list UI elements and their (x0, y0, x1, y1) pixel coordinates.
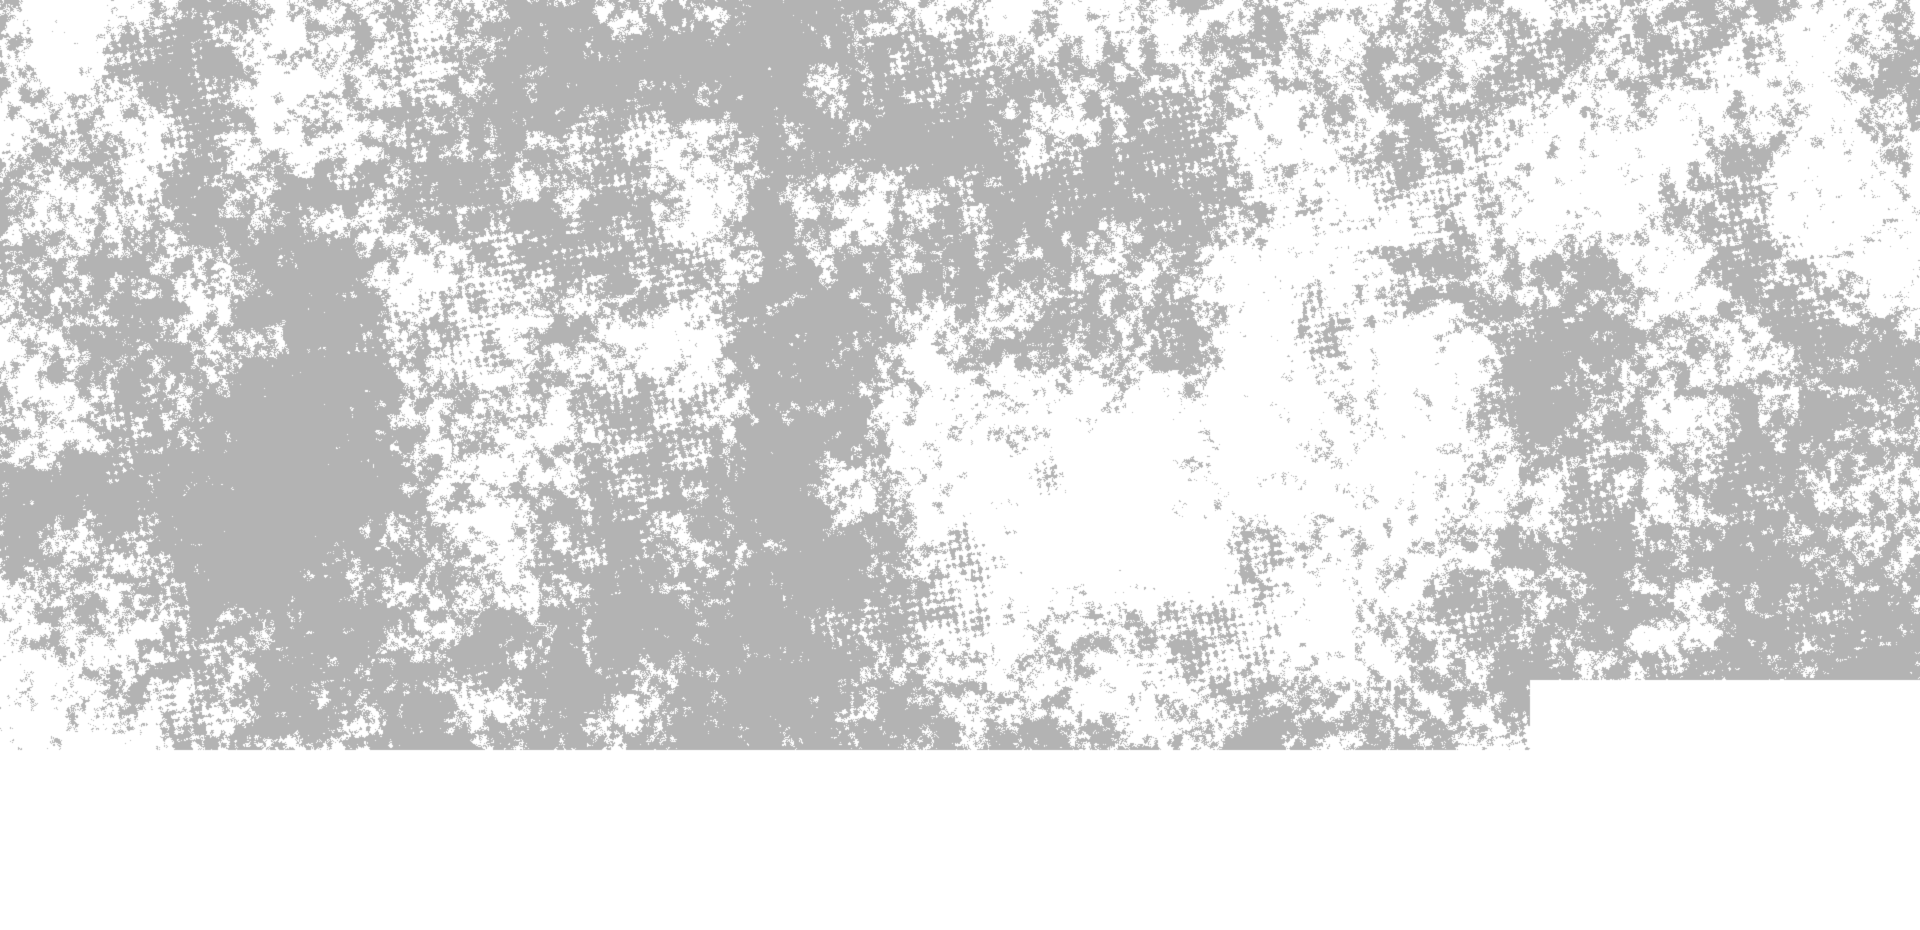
grunge-texture-background (0, 0, 1920, 930)
